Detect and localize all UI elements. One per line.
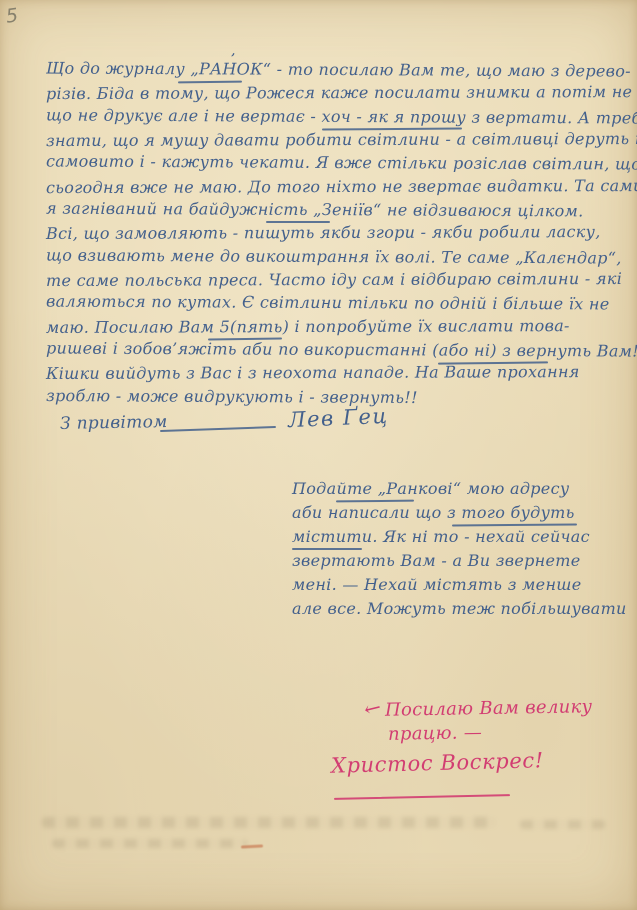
- letter-page: 5 Що до журналу „РАНОК“ - то посилаю Вам…: [0, 0, 637, 910]
- letter-line: самовито і - кажуть чекати. Я вже стільк…: [46, 151, 637, 174]
- signature: Лев Ґец: [288, 404, 389, 432]
- letter-line: ришеві і зобов’яжіть аби по використанні…: [46, 338, 637, 361]
- letter-line: Що до журналу „РАНОК“ - то посилаю Вам т…: [46, 58, 631, 81]
- letter-line: те саме польська преса. Часто іду сам і …: [46, 269, 622, 291]
- left-arrow-icon: ←: [361, 694, 383, 721]
- red-note-line: Посилаю Вам велику: [385, 696, 593, 721]
- postscript-line: аби написали що з того будуть: [292, 503, 575, 523]
- postscript-line: Подайте „Ранкові“ мою адресу: [292, 479, 569, 499]
- letter-line: що взивають мене до викоштрання їх волі.…: [46, 245, 622, 268]
- letter-line: я загніваний на байдужність „Зеніїв“ не …: [46, 199, 584, 222]
- letter-line: знати, що я мушу давати робити світлини …: [46, 129, 637, 151]
- signature-dash-stroke: [160, 426, 276, 432]
- letter-line: Кішки вийдуть з Вас і з неохота нападе. …: [46, 362, 580, 384]
- bleedthrough-smudge: [520, 820, 605, 829]
- bleedthrough-smudge: [42, 817, 497, 828]
- closing-salutation: З привітом: [60, 412, 168, 434]
- underline-stroke: [336, 500, 414, 502]
- pencil-page-number: 5: [5, 4, 20, 27]
- bleedthrough-red-dash: [241, 844, 263, 848]
- postscript-line: містити. Як ні то - нехай сейчас: [292, 527, 590, 547]
- letter-line: Всі, що замовляють - пишуть якби згори -…: [46, 222, 601, 244]
- red-underline-stroke: [334, 794, 510, 800]
- postscript-line: звертають Вам - а Ви звернете: [292, 551, 581, 571]
- underline-stroke: [266, 221, 330, 223]
- letter-line: що не друкує але і не вертає - хоч - як …: [46, 105, 637, 128]
- underline-stroke: [452, 523, 577, 526]
- red-note-line: працю. —: [388, 722, 482, 745]
- letter-line: маю. Посилаю Вам 5(пять) і попробуйте їх…: [46, 316, 570, 338]
- bleedthrough-smudge: [52, 839, 247, 848]
- postscript-line: мені. — Нехай містять з менше: [292, 575, 582, 595]
- letter-line: сьогодня вже не маю. До того ніхто не зв…: [46, 176, 637, 198]
- easter-greeting: Христос Воскрес!: [331, 748, 544, 778]
- letter-line: валяються по кутах. Є світлини тільки по…: [46, 292, 610, 315]
- underline-stroke: [292, 548, 362, 550]
- postscript-line: але все. Можуть теж побільшувати: [292, 599, 627, 619]
- letter-line: різів. Біда в тому, що Рожеся каже посил…: [46, 82, 637, 104]
